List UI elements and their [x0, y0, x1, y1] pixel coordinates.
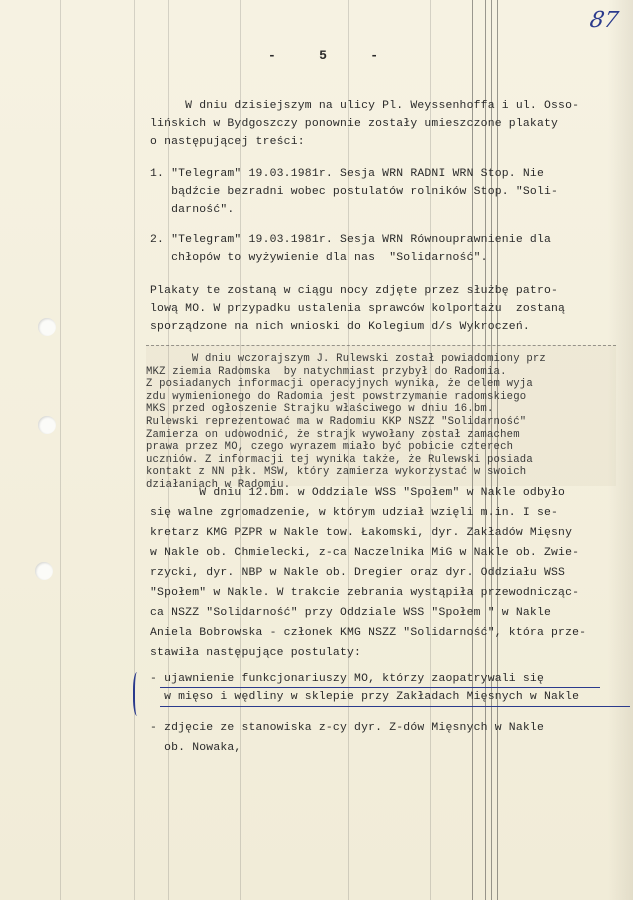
- page-number-value: 5: [319, 48, 327, 63]
- postulate-item-1: - ujawnienie funkcjonariuszy MO, którzy …: [150, 670, 579, 706]
- scan-streak: [60, 0, 61, 900]
- scan-streak: [134, 0, 135, 900]
- punch-hole: [38, 416, 56, 434]
- insert-text-rulewski: W dniu wczorajszym J. Rulewski został po…: [146, 353, 546, 492]
- paragraph-meeting-nakle: W dniu 12.bm. w Oddziale WSS "Społem" w …: [150, 483, 586, 663]
- list-item-telegram-1: 1. "Telegram" 19.03.1981r. Sesja WRN RAD…: [150, 165, 558, 219]
- pen-underline: [160, 687, 600, 688]
- pen-underline: [160, 706, 630, 707]
- page-dash-left: -: [268, 48, 276, 63]
- postulate-item-2: - zdjęcie ze stanowiska z-cy dyr. Z-dów …: [150, 718, 544, 758]
- pasted-insert-block: W dniu wczorajszym J. Rulewski został po…: [146, 345, 616, 486]
- punch-hole: [38, 318, 56, 336]
- paragraph-removal: Plakaty te zostaną w ciągu nocy zdjęte p…: [150, 282, 565, 336]
- punch-hole: [35, 562, 53, 580]
- list-item-telegram-2: 2. "Telegram" 19.03.1981r. Sesja WRN Rów…: [150, 231, 551, 267]
- paragraph-posters: W dniu dzisiejszym na ulicy Pl. Weyssenh…: [150, 97, 579, 151]
- pen-bracket-mark: [133, 672, 143, 716]
- document-page: 87 - 5 - W dniu dzisiejszym na ulicy Pl.…: [0, 0, 633, 900]
- handwritten-folio-number: 87: [588, 8, 620, 33]
- page-number: - 5 -: [268, 48, 378, 63]
- page-dash-right: -: [370, 48, 378, 63]
